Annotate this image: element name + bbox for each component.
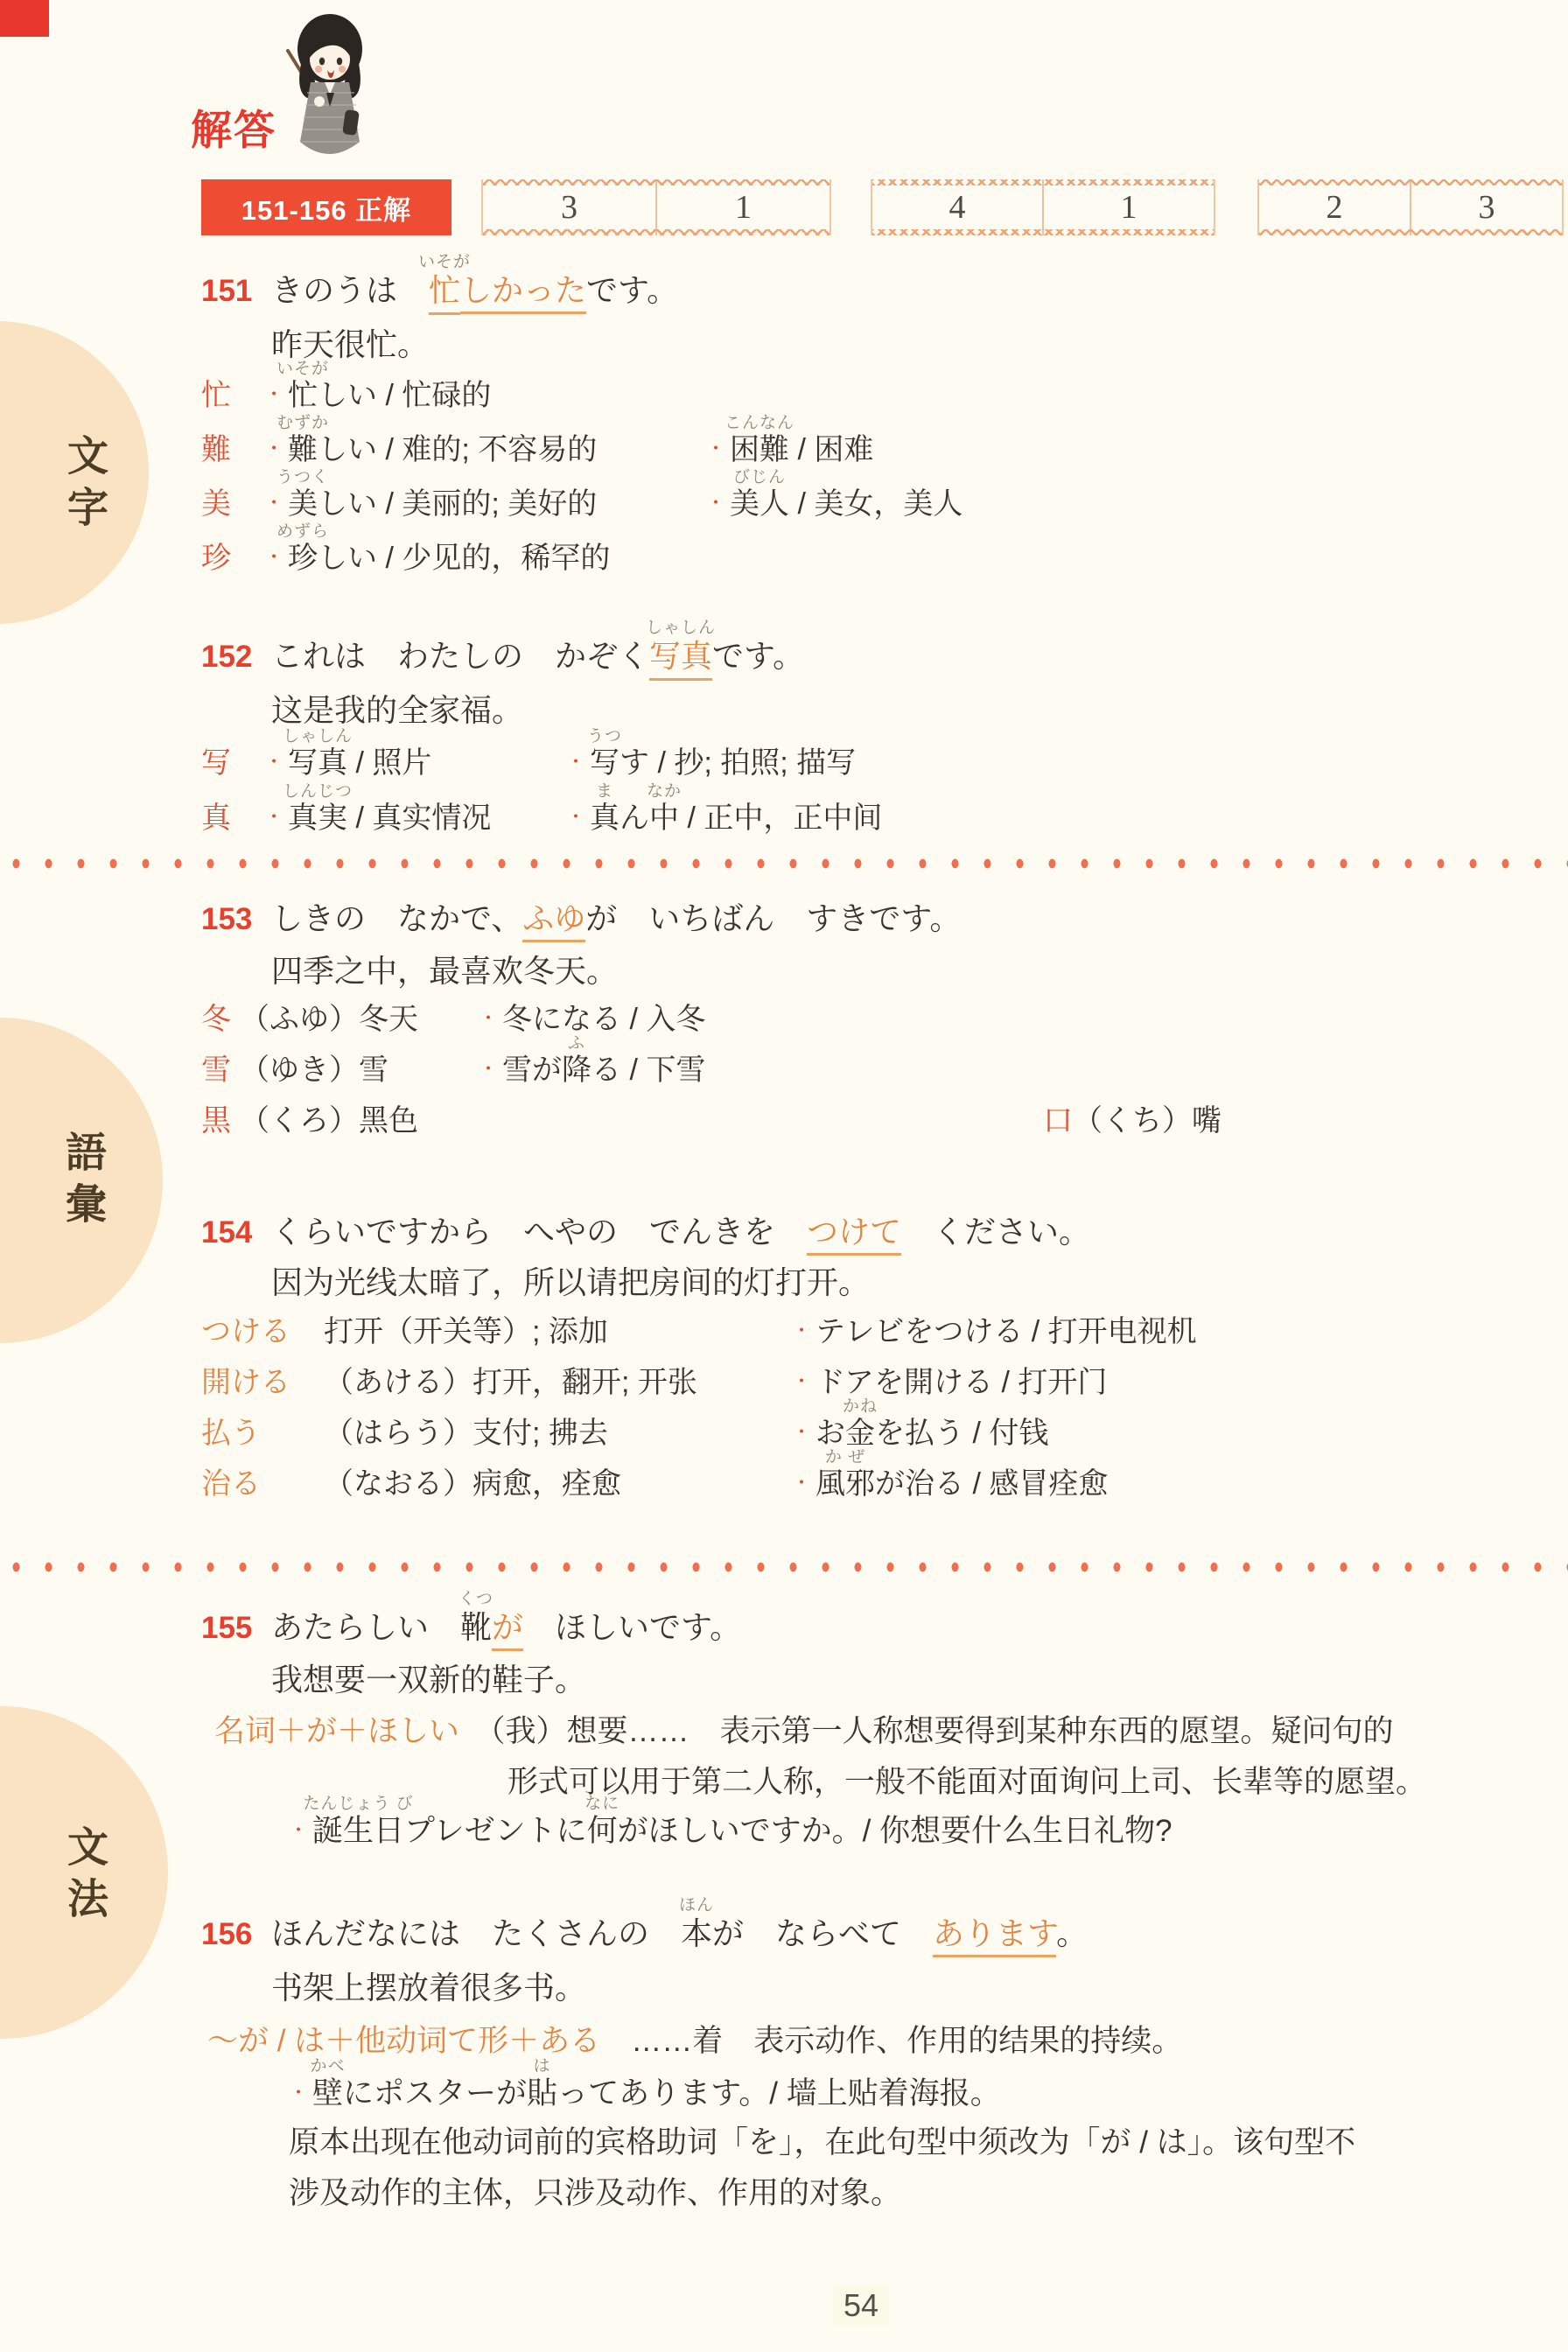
grammar-note-line-1: 原本出现在他动词前的宾格助词「を」，在此句型中须改为「が / は」。该句型不 bbox=[289, 2124, 1355, 2161]
text-segment: しい / 难的; 不容易的 bbox=[318, 433, 597, 466]
text-segment: ん bbox=[619, 801, 649, 835]
sidebar-tab-label-grammar: 文法 bbox=[56, 1825, 115, 1928]
text-segment: ・ bbox=[264, 437, 288, 459]
answer-cell-154: 1 bbox=[1042, 179, 1214, 235]
translation-154: 因为光线太暗了，所以请把房间的灯打开。 bbox=[271, 1263, 870, 1301]
question-151: 151きのうは いそが忙しかったです。 bbox=[201, 271, 678, 315]
text-segment: ・ bbox=[289, 2082, 312, 2103]
furigana: しゃしん bbox=[646, 619, 716, 639]
answer-box: 3 1 bbox=[481, 179, 831, 235]
teacher-mascot-illustration bbox=[280, 9, 378, 162]
furigana: なか bbox=[647, 782, 682, 802]
base-text: 降 bbox=[562, 1053, 591, 1087]
base-text: 何 bbox=[587, 1814, 618, 1848]
text-segment: しい / 美丽的; 美好的 bbox=[318, 487, 597, 521]
ruby-segment: ふ降 bbox=[562, 1053, 591, 1088]
furigana: うつく bbox=[276, 468, 329, 488]
ruby-segment: めずら珍 bbox=[288, 541, 318, 577]
text-segment: ほしいです。 bbox=[523, 1609, 741, 1645]
text-segment: がほしいですか。/ 你想要什么生日礼物? bbox=[618, 1814, 1172, 1848]
furigana: は bbox=[534, 2057, 551, 2077]
wavy-border bbox=[872, 229, 1214, 235]
base-text: 真実 bbox=[288, 801, 347, 835]
vocab-entry: ・うつ写す / 抄; 拍照; 描写 bbox=[566, 745, 856, 781]
text-segment: ・ bbox=[264, 546, 288, 568]
furigana: か ぜ bbox=[825, 1448, 865, 1468]
text-segment: （はらう）支付; 拂去 bbox=[324, 1417, 608, 1450]
question-153: 153しきの なかで、ふゆが いちばん すきです。 bbox=[201, 899, 961, 938]
vocab-headword: 雪 bbox=[201, 1053, 240, 1088]
grammar-pattern-156: ～が / は＋他动词て形＋ある ……着 表示动作、作用的结果的持续。 bbox=[207, 2023, 1182, 2060]
vocab-entry: ・うつく美しい / 美丽的; 美好的 bbox=[264, 486, 706, 522]
wavy-border bbox=[1259, 179, 1562, 185]
ruby-segment: こんなん困難 bbox=[730, 432, 789, 468]
ruby-segment: うつ写 bbox=[590, 745, 619, 781]
text-segment: ほんだなには たくさんの bbox=[271, 1915, 681, 1951]
vocab-entry: ・おかね金を払う / 付钱 bbox=[792, 1416, 1048, 1452]
furigana: むずか bbox=[276, 414, 329, 434]
base-text: 本 bbox=[681, 1915, 712, 1951]
furigana: いそが bbox=[276, 360, 329, 380]
question-sentence: くらいですから へやの でんきを つけて ください。 bbox=[271, 1214, 1090, 1256]
text-segment: です。 bbox=[712, 638, 804, 674]
grammar-example-155: ・たんじょう び誕生日プレゼントになに何がほしいですか。/ 你想要什么生日礼物? bbox=[289, 1813, 1172, 1850]
text-segment: ふゆ bbox=[522, 900, 585, 942]
vocab-headword: 開ける bbox=[201, 1365, 324, 1401]
text-segment: 表示第一人称想要得到某种东西的愿望。疑问句的 bbox=[720, 1714, 1394, 1748]
base-text: 難 bbox=[288, 433, 318, 466]
text-segment: ・ bbox=[706, 492, 730, 514]
ruby-segment: むずか難 bbox=[288, 432, 318, 468]
vocab-entry: ・テレビをつける / 打开电视机 bbox=[792, 1314, 1197, 1350]
text-segment: 名词＋が＋ほしい bbox=[214, 1714, 459, 1748]
base-text: 美人 bbox=[730, 487, 789, 521]
text-segment: / 真实情况 bbox=[347, 801, 491, 835]
vocab-entry: 口（くち）嘴 bbox=[1043, 1103, 1221, 1139]
question-sentence: あたらしい くつ靴が ほしいです。 bbox=[271, 1609, 741, 1645]
text-segment: す / 抄; 拍照; 描写 bbox=[619, 746, 856, 780]
base-text: 忙 bbox=[429, 272, 460, 308]
vocab-row: 忙 ・いそが忙しい / 忙碌的 bbox=[201, 378, 706, 414]
vocab-row: 珍 ・めずら珍しい / 少见的，稀罕的 bbox=[201, 541, 706, 577]
text-segment: です。 bbox=[586, 272, 678, 308]
ruby-segment: しゃしん写真 bbox=[288, 745, 347, 781]
furigana: ふ bbox=[568, 1034, 585, 1054]
text-segment: （くち）嘴 bbox=[1073, 1104, 1221, 1137]
base-text: 困難 bbox=[730, 433, 789, 466]
text-segment: ドアを開ける / 打开门 bbox=[815, 1366, 1107, 1399]
text-segment: が いちばん すきです。 bbox=[585, 900, 961, 936]
furigana: うつ bbox=[587, 727, 622, 747]
vocab-headword: 黒 bbox=[201, 1103, 240, 1139]
vocab-headword: 写 bbox=[201, 745, 264, 781]
base-text: 誕生日 bbox=[312, 1814, 404, 1848]
text-segment: る / 下雪 bbox=[591, 1053, 705, 1087]
question-sentence: しきの なかで、ふゆが いちばん すきです。 bbox=[271, 900, 961, 942]
answer-cell-151: 3 bbox=[483, 179, 655, 235]
vocab-entry: ・むずか難しい / 难的; 不容易的 bbox=[264, 432, 706, 468]
text-segment: （くろ）黑色 bbox=[240, 1104, 418, 1137]
text-segment: ・ bbox=[792, 1472, 815, 1494]
ruby-segment: しゃしん写真 bbox=[649, 637, 712, 681]
text-segment: ……着 表示动作、作用的结果的持续。 bbox=[600, 2024, 1182, 2058]
text-segment: 雪が bbox=[502, 1053, 562, 1087]
text-segment: ・ bbox=[792, 1421, 815, 1443]
text-segment: ・ bbox=[792, 1319, 815, 1341]
question-154: 154くらいですから へやの でんきを つけて ください。 bbox=[201, 1213, 1090, 1251]
text-segment: ・ bbox=[289, 1819, 312, 1841]
furigana: こんなん bbox=[724, 414, 794, 434]
corner-mark bbox=[0, 0, 49, 37]
text-segment: これは わたしの かぞく bbox=[271, 638, 649, 674]
ruby-segment: ほん本 bbox=[681, 1914, 712, 1952]
answer-cell-152: 1 bbox=[655, 179, 829, 235]
answer-box: 2 3 bbox=[1257, 179, 1564, 235]
text-segment: ・ bbox=[566, 806, 590, 828]
text-segment: にポスターが bbox=[343, 2076, 527, 2110]
ruby-segment: くつ靴 bbox=[460, 1608, 492, 1646]
translation-151: 昨天很忙。 bbox=[271, 325, 429, 363]
vocab-entry: ・冬になる / 入冬 bbox=[479, 1002, 705, 1038]
ruby-segment: いそが忙 bbox=[288, 378, 318, 414]
base-text: 靴 bbox=[460, 1609, 492, 1645]
text-segment: / 正中，正中间 bbox=[679, 801, 882, 835]
vocab-headword: 珍 bbox=[201, 541, 264, 577]
ruby-segment: かね金 bbox=[845, 1416, 875, 1452]
vocab-headword: 難 bbox=[201, 432, 264, 468]
answer-cell-155: 2 bbox=[1259, 179, 1410, 235]
vocab-entry: ・いそが忙しい / 忙碌的 bbox=[264, 378, 706, 414]
text-segment: お bbox=[815, 1417, 845, 1450]
dotted-separator bbox=[0, 856, 1568, 871]
vocab-entry: ・ドアを開ける / 打开门 bbox=[792, 1365, 1107, 1401]
text-segment: しきの なかで、 bbox=[271, 900, 522, 936]
vocab-row: つける 打开（开关等）; 添加 ・テレビをつける / 打开电视机 bbox=[201, 1314, 1197, 1350]
base-text: 写 bbox=[590, 746, 619, 780]
text-segment: / 照片 bbox=[347, 746, 431, 780]
text-segment: ・ bbox=[706, 437, 730, 459]
question-sentence: これは わたしの かぞくしゃしん写真です。 bbox=[271, 638, 804, 674]
dotted-separator bbox=[0, 1559, 1568, 1575]
wavy-border bbox=[483, 229, 829, 235]
ruby-segment: なに何 bbox=[587, 1813, 618, 1850]
vocab-headword: 冬 bbox=[201, 1002, 240, 1038]
text-segment: が bbox=[492, 1609, 523, 1651]
wavy-border bbox=[483, 179, 829, 185]
text-segment: ・ bbox=[264, 492, 288, 514]
text-segment: （ゆき）雪 bbox=[240, 1053, 388, 1087]
vocab-row: 難 ・むずか難しい / 难的; 不容易的 ・こんなん困難 / 困难 bbox=[201, 432, 873, 468]
question-155: 155あたらしい くつ靴が ほしいです。 bbox=[201, 1608, 741, 1647]
vocab-entry: 打开（开关等）; 添加 bbox=[324, 1314, 792, 1350]
text-segment: 口 bbox=[1043, 1104, 1073, 1137]
base-text: 忙 bbox=[288, 379, 318, 412]
furigana: くつ bbox=[458, 1590, 493, 1610]
text-segment: プレゼントに bbox=[404, 1814, 587, 1848]
vocab-row: 払う （はらう）支付; 拂去 ・おかね金を払う / 付钱 bbox=[201, 1416, 1048, 1452]
base-text: 真 bbox=[590, 801, 619, 835]
question-156: 156ほんだなには たくさんの ほん本が ならべて あります。 bbox=[201, 1914, 1088, 1953]
vocab-headword: 払う bbox=[201, 1416, 324, 1452]
text-segment: ・ bbox=[264, 806, 288, 828]
vocab-entry: （はらう）支付; 拂去 bbox=[324, 1416, 792, 1452]
translation-155: 我想要一双新的鞋子。 bbox=[271, 1661, 586, 1698]
text-segment: （なおる）病愈，痊愈 bbox=[324, 1467, 621, 1501]
vocab-row: 美 ・うつく美しい / 美丽的; 美好的 ・びじん美人 / 美女，美人 bbox=[201, 486, 962, 522]
vocab-entry: （なおる）病愈，痊愈 bbox=[324, 1466, 792, 1502]
translation-156: 书架上摆放着很多书。 bbox=[271, 1969, 586, 2006]
furigana: めずら bbox=[276, 522, 329, 542]
base-text: 風邪 bbox=[815, 1467, 875, 1501]
base-text: 貼 bbox=[527, 2076, 557, 2110]
furigana: なに bbox=[584, 1795, 619, 1815]
furigana: いそが bbox=[418, 253, 471, 273]
vocab-headword: 忙 bbox=[201, 378, 264, 414]
page-number: 54 bbox=[833, 2285, 889, 2326]
question-number: 155 bbox=[201, 1610, 271, 1647]
text-segment: が治る / 感冒痊愈 bbox=[875, 1467, 1108, 1501]
grammar-note-line-2: 涉及动作的主体，只涉及动作、作用的对象。 bbox=[289, 2175, 901, 2212]
vocab-entry: ・こんなん困難 / 困难 bbox=[706, 432, 873, 468]
base-text: 写真 bbox=[649, 638, 712, 674]
sidebar-tab-label-vocabulary: 語彙 bbox=[54, 1130, 113, 1234]
question-number: 154 bbox=[201, 1214, 271, 1251]
question-number: 156 bbox=[201, 1916, 271, 1953]
answer-cell-156: 3 bbox=[1410, 179, 1562, 235]
ruby-segment: うつく美 bbox=[288, 486, 318, 522]
text-segment: ・ bbox=[264, 383, 288, 405]
text-segment: しい / 少见的，稀罕的 bbox=[318, 542, 610, 575]
vocab-entry: ・びじん美人 / 美女，美人 bbox=[706, 486, 962, 522]
vocab-row: 治る （なおる）病愈，痊愈 ・か ぜ風邪が治る / 感冒痊愈 bbox=[201, 1466, 1108, 1502]
text-segment: しかった bbox=[460, 272, 586, 314]
vocab-row: 雪 （ゆき）雪 ・雪がふ降る / 下雪 bbox=[201, 1053, 705, 1088]
furigana: しんじつ bbox=[283, 782, 353, 802]
text-segment: ・ bbox=[479, 1007, 502, 1029]
vocab-entry: ・しんじつ真実 / 真实情况 bbox=[264, 801, 566, 836]
vocab-row: 冬 （ふゆ）冬天 ・冬になる / 入冬 bbox=[201, 1002, 705, 1038]
wavy-border bbox=[1259, 229, 1562, 235]
text-segment: ・ bbox=[264, 751, 288, 773]
question-sentence: きのうは いそが忙しかったです。 bbox=[271, 272, 678, 308]
furigana: かべ bbox=[311, 2057, 346, 2077]
text-segment: （我）想要…… bbox=[459, 1714, 720, 1748]
text-segment: / 困难 bbox=[789, 433, 873, 466]
furigana: びじん bbox=[733, 468, 786, 488]
text-segment: テレビをつける / 打开电视机 bbox=[815, 1315, 1197, 1348]
text-segment: 冬になる / 入冬 bbox=[502, 1003, 705, 1036]
text-segment: ・ bbox=[792, 1370, 815, 1392]
vocab-row: 写 ・しゃしん写真 / 照片 ・うつ写す / 抄; 拍照; 描写 bbox=[201, 745, 856, 781]
text-segment: ～が / は＋他动词て形＋ある bbox=[207, 2024, 600, 2058]
vocab-row: 真 ・しんじつ真実 / 真实情况 ・ま真んなか中 / 正中，正中间 bbox=[201, 801, 882, 836]
answer-cell-153: 4 bbox=[872, 179, 1042, 235]
vocab-headword: 治る bbox=[201, 1466, 324, 1502]
text-segment: を払う / 付钱 bbox=[875, 1417, 1048, 1450]
grammar-example-156: ・かべ壁にポスターがは貼ってあります。/ 墙上贴着海报。 bbox=[289, 2075, 1001, 2112]
vocab-entry: （あける）打开，翻开; 开张 bbox=[324, 1365, 792, 1401]
ruby-segment: たんじょう び誕生日 bbox=[312, 1813, 404, 1850]
text-segment: 。 bbox=[1056, 1915, 1088, 1951]
furigana: しゃしん bbox=[283, 727, 353, 747]
text-segment: ください。 bbox=[901, 1214, 1090, 1249]
question-number: 153 bbox=[201, 901, 271, 938]
ruby-segment: びじん美人 bbox=[730, 486, 789, 522]
vocab-entry: ・か ぜ風邪が治る / 感冒痊愈 bbox=[792, 1466, 1108, 1502]
grammar-pattern-155: 名词＋が＋ほしい （我）想要…… 表示第一人称想要得到某种东西的愿望。疑问句的 bbox=[214, 1713, 1394, 1750]
ruby-segment: は貼 bbox=[527, 2075, 557, 2112]
base-text: 珍 bbox=[288, 542, 318, 575]
base-text: 美 bbox=[288, 487, 318, 521]
answer-box: 4 1 bbox=[871, 179, 1215, 235]
text-segment: つけて bbox=[807, 1214, 901, 1256]
question-number: 151 bbox=[201, 273, 271, 310]
page-title: 解答 bbox=[191, 98, 276, 157]
vocab-headword: つける bbox=[201, 1314, 324, 1350]
vocab-entry: （ふゆ）冬天 bbox=[240, 1002, 479, 1038]
text-segment: しい / 忙碌的 bbox=[318, 379, 491, 412]
base-text: 壁 bbox=[312, 2076, 343, 2110]
vocab-entry: ・めずら珍しい / 少见的，稀罕的 bbox=[264, 541, 706, 577]
text-segment: （ふゆ）冬天 bbox=[240, 1003, 418, 1036]
translation-152: 这是我的全家福。 bbox=[271, 691, 523, 729]
text-segment: あります bbox=[933, 1915, 1056, 1957]
furigana: ほん bbox=[679, 1896, 714, 1916]
question-number: 152 bbox=[201, 639, 271, 675]
furigana: かね bbox=[843, 1397, 878, 1417]
text-segment: ・ bbox=[566, 751, 590, 773]
vocab-entry: （くろ）黑色 bbox=[240, 1103, 479, 1139]
text-segment: 打开（开关等）; 添加 bbox=[324, 1315, 608, 1348]
ruby-segment: なか中 bbox=[649, 801, 679, 836]
furigana: たんじょう び bbox=[303, 1795, 413, 1815]
text-segment: / 美女，美人 bbox=[789, 487, 962, 521]
question-152: 152これは わたしの かぞくしゃしん写真です。 bbox=[201, 637, 804, 681]
ruby-segment: か ぜ風邪 bbox=[815, 1466, 875, 1502]
text-segment: ・ bbox=[479, 1058, 502, 1080]
vocab-row: 黒 （くろ）黑色 口（くち）嘴 bbox=[201, 1103, 479, 1139]
ruby-segment: かべ壁 bbox=[312, 2075, 343, 2112]
vocab-entry: ・しゃしん写真 / 照片 bbox=[264, 745, 566, 781]
wavy-border bbox=[872, 179, 1214, 185]
vocab-row: 開ける （あける）打开，翻开; 开张 ・ドアを開ける / 打开门 bbox=[201, 1365, 1107, 1401]
text-segment: くらいですから へやの でんきを bbox=[271, 1214, 807, 1249]
ruby-segment: ま真 bbox=[590, 801, 619, 836]
question-sentence: ほんだなには たくさんの ほん本が ならべて あります。 bbox=[271, 1915, 1088, 1951]
furigana: ま bbox=[596, 782, 613, 802]
ruby-segment: いそが忙 bbox=[429, 271, 460, 315]
vocab-entry: ・ま真んなか中 / 正中，正中间 bbox=[566, 801, 882, 836]
text-segment: あたらしい bbox=[271, 1609, 460, 1645]
vocab-entry: ・雪がふ降る / 下雪 bbox=[479, 1053, 705, 1088]
vocab-headword: 真 bbox=[201, 801, 264, 836]
base-text: 写真 bbox=[288, 746, 347, 780]
base-text: 金 bbox=[845, 1417, 875, 1450]
text-segment: が ならべて bbox=[712, 1915, 933, 1951]
sidebar-tab-label-characters: 文字 bbox=[56, 434, 115, 537]
text-segment: （あける）打开，翻开; 开张 bbox=[324, 1366, 697, 1399]
vocab-headword: 美 bbox=[201, 486, 264, 522]
vocab-entry: （ゆき）雪 bbox=[240, 1053, 479, 1088]
base-text: 中 bbox=[649, 801, 679, 835]
answer-range-label: 151-156 正解 bbox=[201, 179, 451, 235]
textbook-page: 文字 語彙 文法 解答 151-156 正解 3 1 4 bbox=[0, 0, 1568, 2352]
text-segment: ってあります。/ 墙上贴着海报。 bbox=[557, 2076, 1001, 2110]
ruby-segment: しんじつ真実 bbox=[288, 801, 347, 836]
grammar-explanation-155: 形式可以用于第二人称，一般不能面对面询问上司、长辈等的愿望。 bbox=[507, 1764, 1426, 1801]
translation-153: 四季之中，最喜欢冬天。 bbox=[271, 952, 618, 990]
text-segment: きのうは bbox=[271, 272, 429, 308]
